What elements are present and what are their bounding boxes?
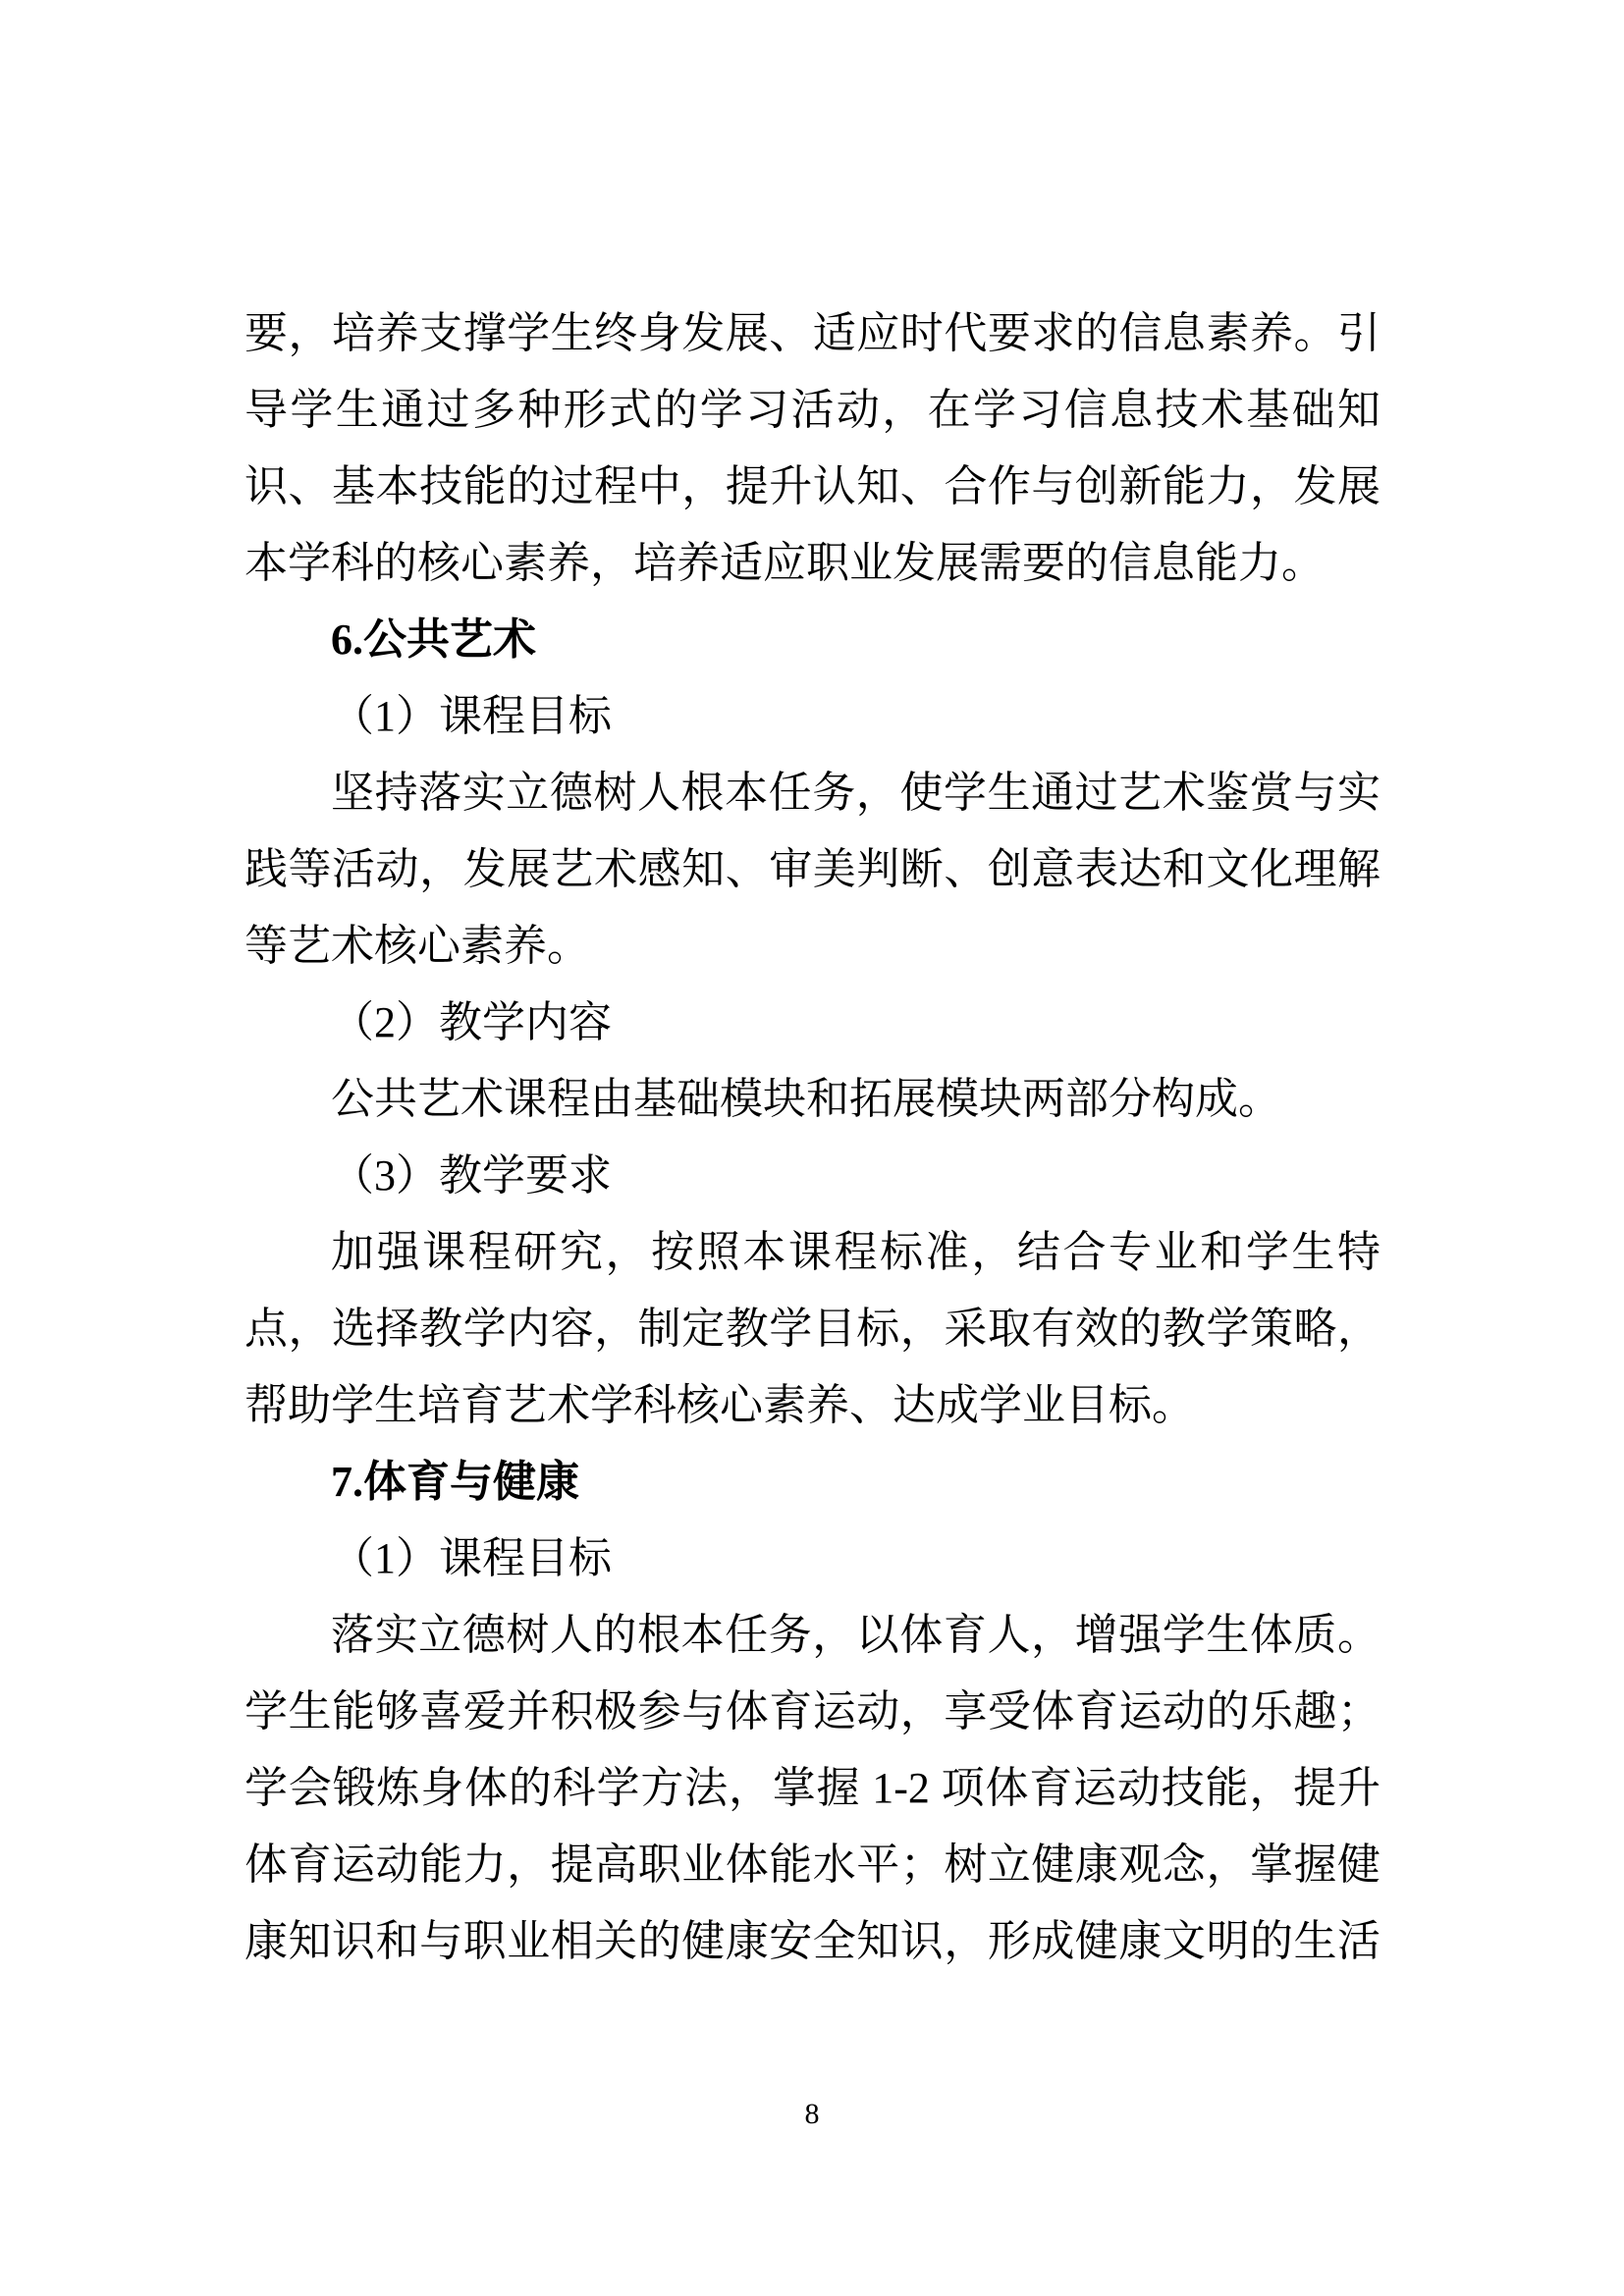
text-line: 导学生通过多种形式的学习活动，在学习信息技术基础知 (244, 372, 1380, 449)
text-line: 学会锻炼身体的科学方法，掌握 1-2 项体育运动技能，提升 (244, 1750, 1380, 1827)
text-line: 学生能够喜爱并积极参与体育运动，享受体育运动的乐趣； (244, 1674, 1380, 1750)
page-number: 8 (0, 2097, 1624, 2132)
text-line: 坚持落实立德树人根本任务，使学生通过艺术鉴赏与实 (244, 755, 1380, 831)
text-line: 践等活动，发展艺术感知、审美判断、创意表达和文化理解 (244, 831, 1380, 908)
text-line: 点，选择教学内容，制定教学目标，采取有效的教学策略， (244, 1291, 1380, 1367)
text-line: 落实立德树人的根本任务，以体育人，增强学生体质。 (244, 1597, 1380, 1674)
text-line: （2）教学内容 (244, 985, 1380, 1061)
document-page: 要，培养支撑学生终身发展、适应时代要求的信息素养。引导学生通过多种形式的学习活动… (0, 0, 1624, 2296)
text-line: 体育运动能力，提高职业体能水平；树立健康观念，掌握健 (244, 1827, 1380, 1903)
text-block: 要，培养支撑学生终身发展、适应时代要求的信息素养。引导学生通过多种形式的学习活动… (244, 295, 1380, 1980)
section-heading: 6.公共艺术 (244, 602, 1380, 678)
text-line: 等艺术核心素养。 (244, 908, 1380, 985)
text-line: 识、基本技能的过程中，提升认知、合作与创新能力，发展 (244, 449, 1380, 525)
text-line: 帮助学生培育艺术学科核心素养、达成学业目标。 (244, 1367, 1380, 1444)
text-line: 康知识和与职业相关的健康安全知识，形成健康文明的生活 (244, 1903, 1380, 1980)
section-heading: 7.体育与健康 (244, 1444, 1380, 1521)
text-line: （3）教学要求 (244, 1138, 1380, 1214)
text-line: 公共艺术课程由基础模块和拓展模块两部分构成。 (244, 1061, 1380, 1138)
text-line: （1）课程目标 (244, 678, 1380, 755)
text-line: 要，培养支撑学生终身发展、适应时代要求的信息素养。引 (244, 295, 1380, 372)
text-line: （1）课程目标 (244, 1521, 1380, 1597)
text-line: 加强课程研究，按照本课程标准，结合专业和学生特 (244, 1214, 1380, 1291)
text-line: 本学科的核心素养，培养适应职业发展需要的信息能力。 (244, 525, 1380, 602)
